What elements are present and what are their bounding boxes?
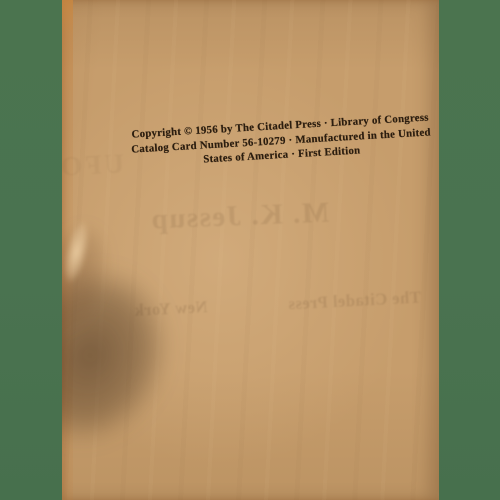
showthrough-author: M. K. Jessup <box>147 196 332 236</box>
showthrough-publisher: The Citadel Press <box>276 287 433 315</box>
book-page: UFO M. K. Jessup The Citadel Press New Y… <box>62 0 439 500</box>
book-photo: UFO M. K. Jessup The Citadel Press New Y… <box>0 0 500 500</box>
showthrough-publisher-text: The Citadel Press <box>287 288 421 315</box>
copyright-text-block: Copyright © 1956 by The Citadel Press · … <box>109 109 439 172</box>
showthrough-author-text: M. K. Jessup <box>150 197 330 237</box>
